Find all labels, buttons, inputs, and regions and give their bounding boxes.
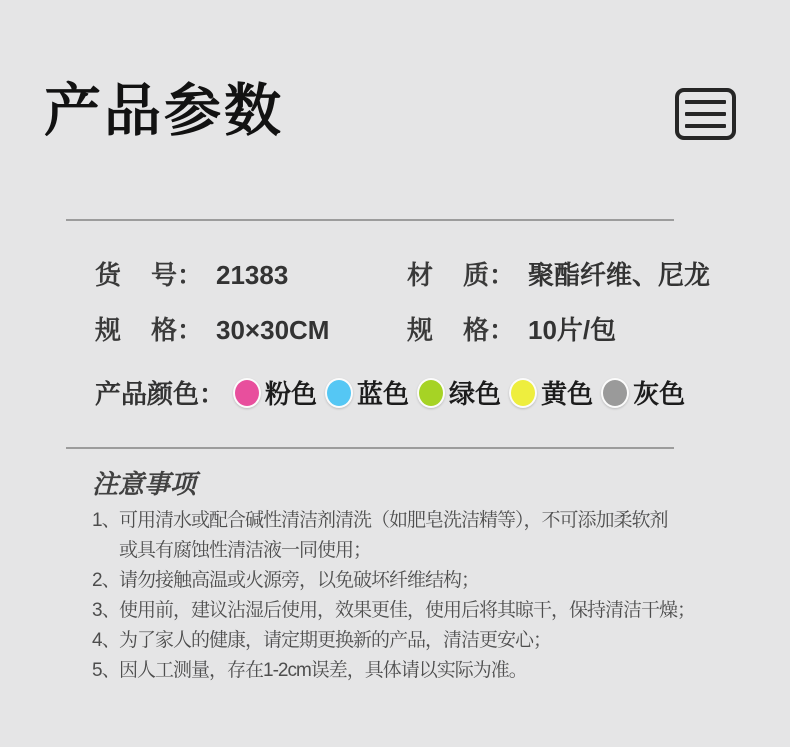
spec-label-char: 材 [407, 260, 433, 290]
note-line: 请勿接触高温或火源旁，以免破坏纤维结构； [119, 566, 479, 596]
color-option-name: 粉色 [265, 374, 317, 411]
list-document-icon [675, 88, 736, 140]
note-item: 5、因人工测量，存在1-2cm误差，具体请以实际为准。 [92, 656, 692, 686]
note-item-text: 使用前，建议沾湿后使用，效果更佳，使用后将其晾干，保持清洁干燥； [119, 596, 695, 626]
spec-label: 货号： [95, 260, 203, 290]
spec-row: 规格：30×30CM [95, 315, 407, 345]
color-option-name: 绿色 [449, 374, 501, 411]
spec-row: 材质：聚酯纤维、尼龙 [407, 260, 685, 290]
spec-label-char: 质： [463, 260, 515, 290]
color-options-label: 产品颜色： [95, 374, 225, 411]
spec-label: 规格： [95, 315, 203, 345]
note-item-number: 3、 [92, 596, 119, 626]
note-item: 3、使用前，建议沾湿后使用，效果更佳，使用后将其晾干，保持清洁干燥； [92, 596, 692, 626]
spec-label-char: 规 [407, 315, 433, 345]
product-spec-page: 产品参数 货号：21383材质：聚酯纤维、尼龙规格：30×30CM规格：10片/… [0, 0, 790, 747]
note-line: 为了家人的健康，请定期更换新的产品，清洁更安心； [119, 626, 551, 656]
spec-value: 21383 [216, 260, 288, 290]
note-line: 或具有腐蚀性清洁液一同使用； [119, 536, 668, 566]
spec-label-char: 格： [151, 315, 203, 345]
color-option: 灰色 [601, 374, 685, 411]
note-item-text: 可用清水或配合碱性清洁剂清洗（如肥皂洗洁精等），不可添加柔软剂或具有腐蚀性清洁液… [119, 506, 668, 566]
spec-value: 聚酯纤维、尼龙 [528, 260, 710, 290]
spec-label-char: 货 [95, 260, 121, 290]
color-options-row: 产品颜色： 粉色蓝色绿色黄色灰色 [95, 374, 685, 411]
color-option: 绿色 [417, 374, 501, 411]
note-item-number: 5、 [92, 656, 119, 686]
page-title: 产品参数 [44, 78, 284, 144]
color-swatch-dot [417, 378, 445, 408]
spec-label-char: 格： [463, 315, 515, 345]
spec-value: 30×30CM [216, 315, 329, 345]
note-item: 1、可用清水或配合碱性清洁剂清洗（如肥皂洗洁精等），不可添加柔软剂或具有腐蚀性清… [92, 506, 692, 566]
color-swatch-dot [509, 378, 537, 408]
spec-label: 规格： [407, 315, 515, 345]
divider-top [66, 219, 674, 221]
note-item-number: 2、 [92, 566, 119, 596]
spec-label-char: 规 [95, 315, 121, 345]
color-option-name: 灰色 [633, 374, 685, 411]
notes-heading: 注意事项 [92, 468, 692, 500]
note-item-text: 请勿接触高温或火源旁，以免破坏纤维结构； [119, 566, 479, 596]
color-option-name: 蓝色 [357, 374, 409, 411]
note-item-text: 因人工测量，存在1-2cm误差，具体请以实际为准。 [119, 656, 527, 686]
color-swatch-dot [325, 378, 353, 408]
color-option: 粉色 [233, 374, 317, 411]
color-option: 蓝色 [325, 374, 409, 411]
spec-label: 材质： [407, 260, 515, 290]
icon-bar [685, 124, 726, 128]
color-swatch-dot [233, 378, 261, 408]
color-option-name: 黄色 [541, 374, 593, 411]
spec-label-char: 号： [151, 260, 203, 290]
icon-bar [685, 112, 726, 116]
spec-value: 10片/包 [528, 315, 616, 345]
color-option: 黄色 [509, 374, 593, 411]
icon-bar [685, 100, 726, 104]
color-swatch-dot [601, 378, 629, 408]
note-line: 使用前，建议沾湿后使用，效果更佳，使用后将其晾干，保持清洁干燥； [119, 596, 695, 626]
divider-bottom [66, 447, 674, 449]
note-line: 可用清水或配合碱性清洁剂清洗（如肥皂洗洁精等），不可添加柔软剂 [119, 506, 668, 536]
spec-row: 规格：10片/包 [407, 315, 685, 345]
note-item-number: 4、 [92, 626, 119, 656]
note-item-text: 为了家人的健康，请定期更换新的产品，清洁更安心； [119, 626, 551, 656]
spec-row: 货号：21383 [95, 260, 407, 290]
note-item: 2、请勿接触高温或火源旁，以免破坏纤维结构； [92, 566, 692, 596]
notes-list: 1、可用清水或配合碱性清洁剂清洗（如肥皂洗洁精等），不可添加柔软剂或具有腐蚀性清… [92, 506, 692, 686]
note-item: 4、为了家人的健康，请定期更换新的产品，清洁更安心； [92, 626, 692, 656]
notes-section: 注意事项 1、可用清水或配合碱性清洁剂清洗（如肥皂洗洁精等），不可添加柔软剂或具… [92, 468, 692, 686]
note-line: 因人工测量，存在1-2cm误差，具体请以实际为准。 [119, 656, 527, 686]
spec-table: 货号：21383材质：聚酯纤维、尼龙规格：30×30CM规格：10片/包 [95, 260, 685, 345]
note-item-number: 1、 [92, 506, 119, 536]
